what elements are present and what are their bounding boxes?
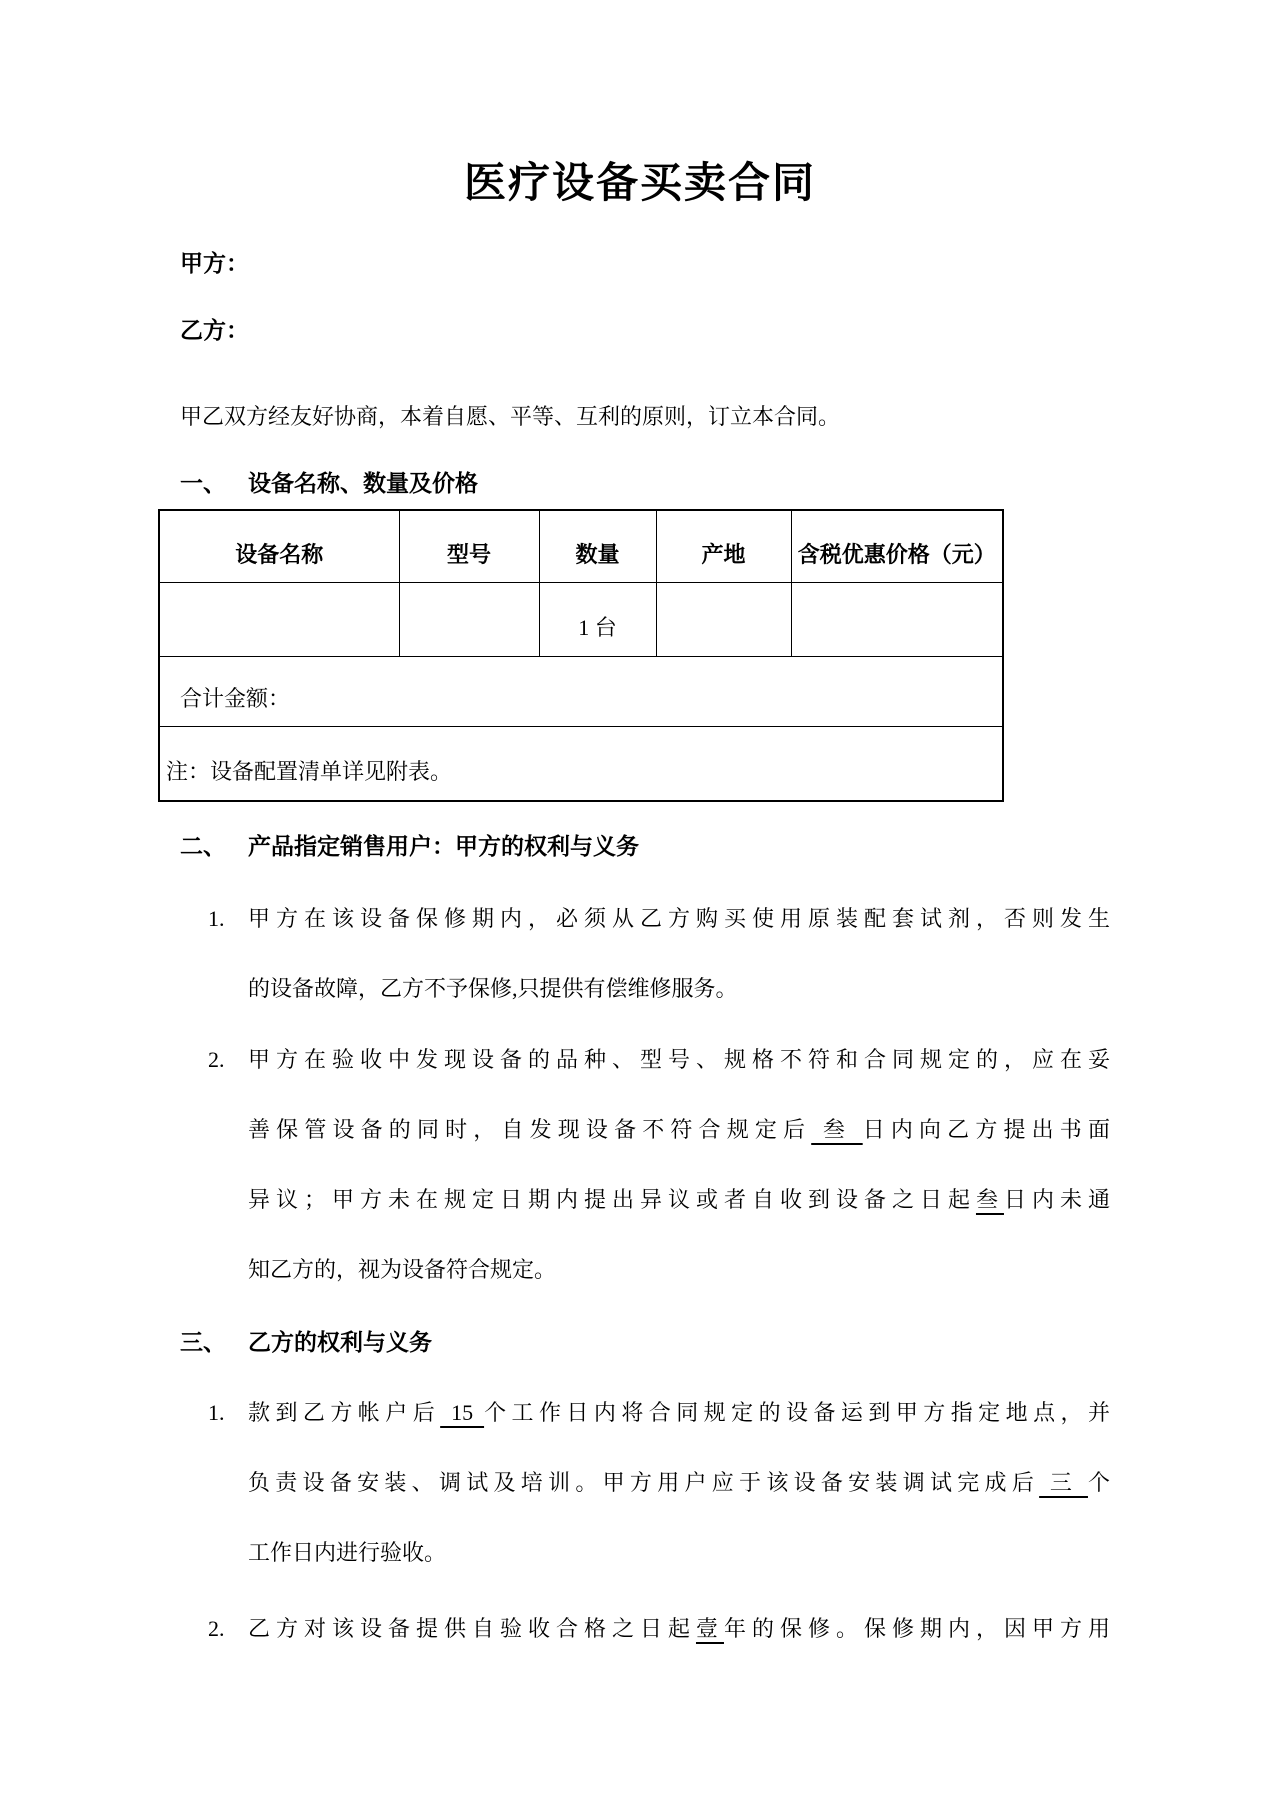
text-line: 工作日内进行验收。 xyxy=(248,1518,1110,1588)
section-3-title: 乙方的权利与义务 xyxy=(248,1328,432,1358)
section-2-title: 产品指定销售用户：甲方的权利与义务 xyxy=(248,832,639,862)
header-model: 型号 xyxy=(399,510,539,582)
text-segment: 工作日内进行验收。 xyxy=(248,1540,446,1565)
underlined-blank-text: 叁 xyxy=(811,1117,862,1142)
text-segment: 异议；甲方未在规定日期内提出异议或者自收到设备之日起 xyxy=(248,1187,976,1212)
text-segment: 知乙方的，视为设备符合规定。 xyxy=(248,1257,556,1282)
text-segment: 负责设备安装、调试及培训。甲方用户应于该设备安装调试完成后 xyxy=(248,1470,1039,1495)
header-origin: 产地 xyxy=(656,510,791,582)
underlined-blank-text: 15 xyxy=(440,1400,484,1425)
item-number: 2. xyxy=(208,1025,248,1095)
cell-model xyxy=(399,582,539,656)
section-1-title: 设备名称、数量及价格 xyxy=(248,469,478,499)
underlined-blank-text: 三 xyxy=(1039,1470,1088,1495)
total-amount-label: 合计金额： xyxy=(159,656,1003,726)
equipment-table: 设备名称 型号 数量 产地 含税优惠价格（元） 1 台 合计金额： 注：设备配置… xyxy=(158,509,1004,802)
text-line: 甲方在验收中发现设备的品种、型号、规格不符和合同规定的，应在妥 xyxy=(248,1025,1110,1095)
underlined-blank-text: 壹 xyxy=(696,1616,724,1641)
text-segment: 年的保修。保修期内，因甲方用 xyxy=(724,1616,1110,1641)
item-number: 2. xyxy=(208,1594,248,1664)
party-b-label: 乙方： xyxy=(180,316,249,346)
list-item: 2. 甲方在验收中发现设备的品种、型号、规格不符和合同规定的，应在妥善保管设备的… xyxy=(208,1025,1110,1305)
item-text: 款到乙方帐户后 15 个工作日内将合同规定的设备运到甲方指定地点，并负责设备安装… xyxy=(248,1378,1110,1588)
underlined-blank-text: 叁 xyxy=(976,1187,1004,1212)
text-line: 负责设备安装、调试及培训。甲方用户应于该设备安装调试完成后 三 个 xyxy=(248,1448,1110,1518)
text-line: 乙方对该设备提供自验收合格之日起壹年的保修。保修期内，因甲方用 xyxy=(248,1594,1110,1664)
table-note-row: 注：设备配置清单详见附表。 xyxy=(159,726,1003,801)
party-a-label: 甲方： xyxy=(180,249,249,279)
table-header-row: 设备名称 型号 数量 产地 含税优惠价格（元） xyxy=(159,510,1003,582)
section-1-heading: 一、 设备名称、数量及价格 xyxy=(180,469,1120,499)
text-segment: 甲方在验收中发现设备的品种、型号、规格不符和合同规定的，应在妥 xyxy=(248,1047,1110,1072)
section-3-number: 三、 xyxy=(180,1328,248,1358)
table-data-row: 1 台 xyxy=(159,582,1003,656)
text-line: 甲方在该设备保修期内，必须从乙方购买使用原装配套试剂，否则发生 xyxy=(248,884,1110,954)
list-item: 2. 乙方对该设备提供自验收合格之日起壹年的保修。保修期内，因甲方用 xyxy=(208,1594,1110,1664)
item-text: 乙方对该设备提供自验收合格之日起壹年的保修。保修期内，因甲方用 xyxy=(248,1594,1110,1664)
list-item: 1. 甲方在该设备保修期内，必须从乙方购买使用原装配套试剂，否则发生的设备故障，… xyxy=(208,884,1110,1024)
text-segment: 个 xyxy=(1088,1470,1110,1495)
text-segment: 个工作日内将合同规定的设备运到甲方指定地点，并 xyxy=(484,1400,1110,1425)
text-segment: 乙方对该设备提供自验收合格之日起 xyxy=(248,1616,696,1641)
section-2-number: 二、 xyxy=(180,832,248,862)
text-segment: 的设备故障，乙方不予保修,只提供有偿维修服务。 xyxy=(248,976,738,1001)
cell-device-name xyxy=(159,582,399,656)
section-3-heading: 三、 乙方的权利与义务 xyxy=(180,1328,1120,1358)
header-quantity: 数量 xyxy=(539,510,656,582)
item-text: 甲方在该设备保修期内，必须从乙方购买使用原装配套试剂，否则发生的设备故障，乙方不… xyxy=(248,884,1110,1024)
section-1-number: 一、 xyxy=(180,469,248,499)
cell-quantity: 1 台 xyxy=(539,582,656,656)
text-segment: 款到乙方帐户后 xyxy=(248,1400,440,1425)
item-number: 1. xyxy=(208,1378,248,1448)
table-note: 注：设备配置清单详见附表。 xyxy=(159,726,1003,801)
text-segment: 善保管设备的同时，自发现设备不符合规定后 xyxy=(248,1117,811,1142)
cell-origin xyxy=(656,582,791,656)
section-2-heading: 二、 产品指定销售用户：甲方的权利与义务 xyxy=(180,832,1120,862)
item-text: 甲方在验收中发现设备的品种、型号、规格不符和合同规定的，应在妥善保管设备的同时，… xyxy=(248,1025,1110,1305)
header-price: 含税优惠价格（元） xyxy=(791,510,1003,582)
cell-price xyxy=(791,582,1003,656)
text-line: 知乙方的，视为设备符合规定。 xyxy=(248,1235,1110,1305)
text-segment: 日内未通 xyxy=(1004,1187,1110,1212)
text-segment: 日内向乙方提出书面 xyxy=(863,1117,1110,1142)
intro-paragraph: 甲乙双方经友好协商，本着自愿、平等、互利的原则，订立本合同。 xyxy=(180,402,1120,432)
header-device-name: 设备名称 xyxy=(159,510,399,582)
text-segment: 甲方在该设备保修期内，必须从乙方购买使用原装配套试剂，否则发生 xyxy=(248,906,1110,931)
list-item: 1. 款到乙方帐户后 15 个工作日内将合同规定的设备运到甲方指定地点，并负责设… xyxy=(208,1378,1110,1588)
text-line: 款到乙方帐户后 15 个工作日内将合同规定的设备运到甲方指定地点，并 xyxy=(248,1378,1110,1448)
text-line: 的设备故障，乙方不予保修,只提供有偿维修服务。 xyxy=(248,954,1110,1024)
document-title: 医疗设备买卖合同 xyxy=(0,160,1280,208)
text-line: 善保管设备的同时，自发现设备不符合规定后 叁 日内向乙方提出书面 xyxy=(248,1095,1110,1165)
item-number: 1. xyxy=(208,884,248,954)
text-line: 异议；甲方未在规定日期内提出异议或者自收到设备之日起叁日内未通 xyxy=(248,1165,1110,1235)
table-total-row: 合计金额： xyxy=(159,656,1003,726)
